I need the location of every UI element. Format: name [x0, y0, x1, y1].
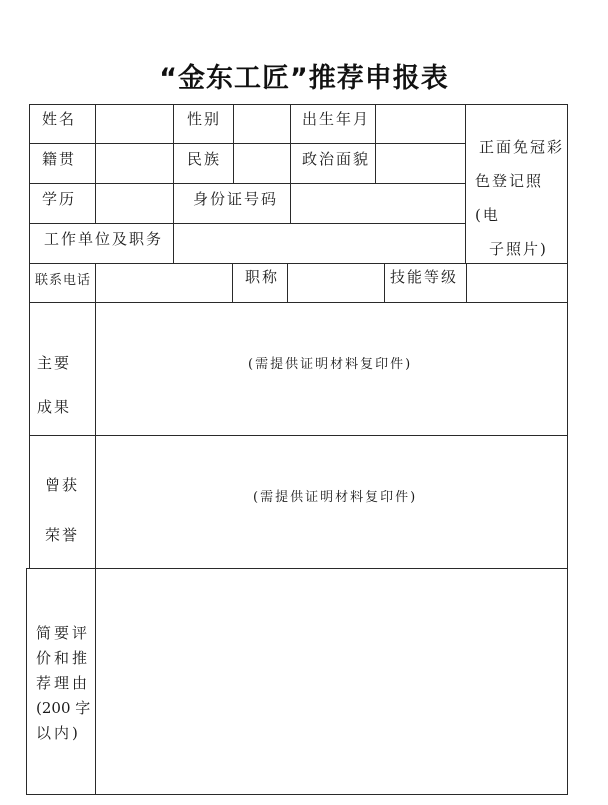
evaluation-label-line: (200 字	[36, 696, 90, 721]
employer-label: 工作单位及职务	[44, 232, 163, 247]
job-title-label-cell: 职称	[232, 263, 288, 303]
education-input[interactable]	[95, 183, 174, 224]
evaluation-input[interactable]	[95, 568, 568, 795]
politics-input[interactable]	[375, 143, 466, 184]
gender-label-cell: 性别	[173, 104, 234, 144]
birth-input[interactable]	[375, 104, 466, 144]
evaluation-label-line: 荐理由	[36, 671, 90, 696]
birth-label-cell: 出生年月	[290, 104, 376, 144]
honors-hint: (需提供证明材料复印件)	[253, 491, 417, 504]
name-input[interactable]	[95, 104, 174, 144]
origin-input[interactable]	[95, 143, 174, 184]
evaluation-label-line: 价和推	[36, 646, 90, 671]
skill-level-label-cell: 技能等级	[384, 263, 467, 303]
origin-label-cell: 籍贯	[29, 143, 96, 184]
photo-instruction-line: 正面免冠彩	[475, 130, 567, 164]
photo-instruction-line: 色登记照(电	[475, 164, 567, 232]
job-title-label: 职称	[245, 270, 279, 285]
achievements-input[interactable]: (需提供证明材料复印件)	[95, 302, 568, 436]
achievements-label-line: 成果	[37, 385, 71, 429]
gender-label: 性别	[187, 112, 221, 127]
photo-instruction-line: 子照片)	[475, 232, 567, 266]
achievements-label-line: 主要	[37, 341, 71, 385]
id-number-label-cell: 身份证号码	[173, 183, 291, 224]
name-label-cell: 姓名	[29, 104, 96, 144]
politics-label: 政治面貌	[302, 152, 370, 167]
name-label: 姓名	[42, 112, 76, 127]
id-number-label: 身份证号码	[193, 192, 278, 207]
achievements-label: 主要 成果	[37, 341, 71, 429]
politics-label-cell: 政治面貌	[290, 143, 376, 184]
ethnicity-label: 民族	[187, 152, 221, 167]
evaluation-label-line: 以内)	[36, 721, 90, 746]
job-title-input[interactable]	[287, 263, 385, 303]
honors-label: 曾获 荣誉	[45, 460, 79, 560]
employer-input[interactable]	[173, 223, 466, 264]
photo-instructions: 正面免冠彩 色登记照(电 子照片)	[467, 130, 567, 266]
education-label: 学历	[42, 192, 76, 207]
achievements-label-cell: 主要 成果	[29, 302, 96, 436]
id-number-input[interactable]	[290, 183, 466, 224]
phone-label-cell: 联系电话	[29, 263, 96, 303]
birth-label: 出生年月	[302, 112, 370, 127]
honors-label-line: 曾获	[45, 460, 79, 510]
skill-level-label: 技能等级	[390, 270, 458, 285]
honors-input[interactable]: (需提供证明材料复印件)	[95, 435, 568, 569]
ethnicity-input[interactable]	[233, 143, 291, 184]
form-title: “金东工匠”推荐申报表	[0, 56, 608, 95]
phone-input[interactable]	[95, 263, 233, 303]
gender-input[interactable]	[233, 104, 291, 144]
employer-label-cell: 工作单位及职务	[29, 223, 174, 264]
phone-label: 联系电话	[35, 274, 91, 287]
origin-label: 籍贯	[42, 152, 76, 167]
evaluation-label-line: 简要评	[36, 621, 90, 646]
education-label-cell: 学历	[29, 183, 96, 224]
achievements-hint: (需提供证明材料复印件)	[248, 358, 412, 371]
evaluation-label: 简要评 价和推 荐理由 (200 字 以内)	[36, 621, 90, 746]
honors-label-cell: 曾获 荣誉	[29, 435, 96, 569]
ethnicity-label-cell: 民族	[173, 143, 234, 184]
skill-level-input[interactable]	[466, 263, 568, 303]
honors-label-line: 荣誉	[45, 510, 79, 560]
evaluation-label-cell: 简要评 价和推 荐理由 (200 字 以内)	[26, 568, 96, 795]
